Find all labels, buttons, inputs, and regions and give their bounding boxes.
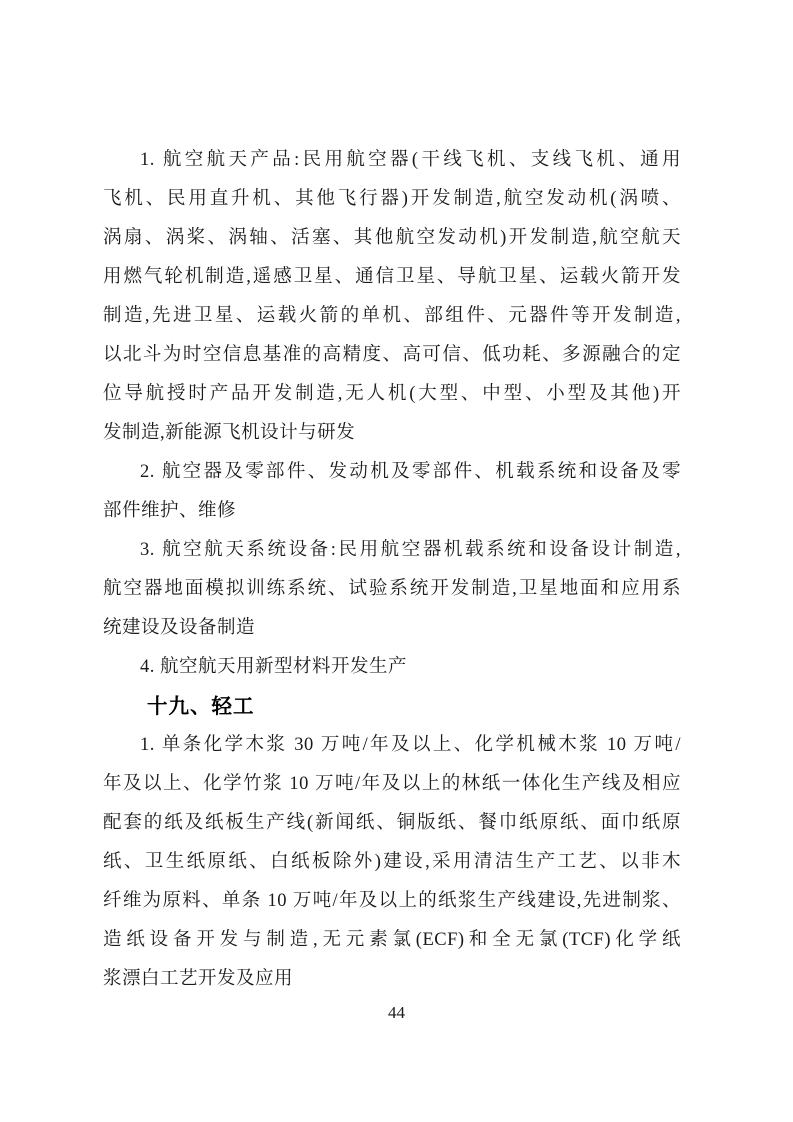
- text-line: 发制造,新能源飞机设计与研发: [103, 414, 681, 453]
- item-4-aerospace-new-materials: 4. 航空航天用新型材料开发生产: [103, 648, 681, 687]
- text-line: 纤维为原料、单条 10 万吨/年及以上的纸浆生产线建设,先进制浆、: [103, 882, 681, 921]
- text-line: 年及以上、化学竹浆 10 万吨/年及以上的林纸一体化生产线及相应: [103, 765, 681, 804]
- document-page: 1. 航空航天产品:民用航空器(干线飞机、支线飞机、通用飞机、民用直升机、其他飞…: [0, 0, 793, 1122]
- text-line: 制造,先进卫星、运载火箭的单机、部组件、元器件等开发制造,: [103, 297, 681, 336]
- section-heading: 十九、轻工: [103, 687, 681, 726]
- text-line: 4. 航空航天用新型材料开发生产: [103, 648, 681, 687]
- item-1-aerospace-products: 1. 航空航天产品:民用航空器(干线飞机、支线飞机、通用飞机、民用直升机、其他飞…: [103, 141, 681, 453]
- text-line: 1. 单条化学木浆 30 万吨/年及以上、化学机械木浆 10 万吨/: [103, 726, 681, 765]
- section-19-light-industry-heading: 十九、轻工: [103, 687, 681, 726]
- item-2-aircraft-parts-maintenance: 2. 航空器及零部件、发动机及零部件、机载系统和设备及零部件维护、维修: [103, 453, 681, 531]
- item-1-pulp-paper-production: 1. 单条化学木浆 30 万吨/年及以上、化学机械木浆 10 万吨/年及以上、化…: [103, 726, 681, 999]
- text-line: 造纸设备开发与制造,无元素氯(ECF)和全无氯(TCF)化学纸: [103, 921, 681, 960]
- text-line: 用燃气轮机制造,遥感卫星、通信卫星、导航卫星、运载火箭开发: [103, 258, 681, 297]
- text-line: 涡扇、涡桨、涡轴、活塞、其他航空发动机)开发制造,航空航天: [103, 219, 681, 258]
- text-line: 纸、卫生纸原纸、白纸板除外)建设,采用清洁生产工艺、以非木: [103, 843, 681, 882]
- text-line: 1. 航空航天产品:民用航空器(干线飞机、支线飞机、通用: [103, 141, 681, 180]
- text-line: 航空器地面模拟训练系统、试验系统开发制造,卫星地面和应用系: [103, 570, 681, 609]
- page-footer: 44: [0, 1000, 793, 1026]
- document-content: 1. 航空航天产品:民用航空器(干线飞机、支线飞机、通用飞机、民用直升机、其他飞…: [103, 141, 681, 999]
- text-line: 位导航授时产品开发制造,无人机(大型、中型、小型及其他)开: [103, 375, 681, 414]
- text-line: 部件维护、维修: [103, 492, 681, 531]
- text-line: 飞机、民用直升机、其他飞行器)开发制造,航空发动机(涡喷、: [103, 180, 681, 219]
- page-number: 44: [388, 1003, 405, 1022]
- text-line: 以北斗为时空信息基准的高精度、高可信、低功耗、多源融合的定: [103, 336, 681, 375]
- text-line: 2. 航空器及零部件、发动机及零部件、机载系统和设备及零: [103, 453, 681, 492]
- text-line: 统建设及设备制造: [103, 609, 681, 648]
- text-line: 浆漂白工艺开发及应用: [103, 960, 681, 999]
- text-line: 3. 航空航天系统设备:民用航空器机载系统和设备设计制造,: [103, 531, 681, 570]
- text-line: 配套的纸及纸板生产线(新闻纸、铜版纸、餐巾纸原纸、面巾纸原: [103, 804, 681, 843]
- item-3-aerospace-system-equipment: 3. 航空航天系统设备:民用航空器机载系统和设备设计制造,航空器地面模拟训练系统…: [103, 531, 681, 648]
